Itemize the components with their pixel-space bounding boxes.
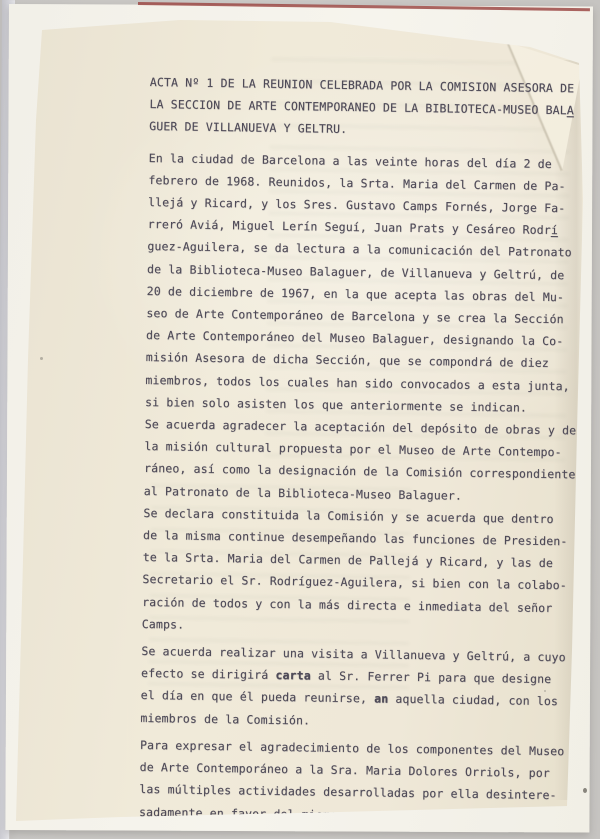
- document-heading: ACTA Nº 1 DE LA REUNION CELEBRADA POR LA…: [149, 71, 596, 144]
- scanned-document-scene: ACTA Nº 1 DE LA REUNION CELEBRADA POR LA…: [0, 0, 600, 839]
- paragraph: Se declara constituida la Comisión y se …: [142, 502, 590, 642]
- paragraph: Se acuerda agradecer la aceptación del d…: [144, 413, 591, 508]
- background-speck: [583, 788, 587, 793]
- paragraph: Se acuerda realizar una visita a Villanu…: [140, 640, 587, 735]
- paragraph: En la ciudad de Barcelona a las veinte h…: [145, 147, 595, 420]
- typed-sheet: ACTA Nº 1 DE LA REUNION CELEBRADA POR LA…: [0, 0, 600, 839]
- paper-speck: [40, 357, 43, 360]
- typed-text: ACTA Nº 1 DE LA REUNION CELEBRADA POR LA…: [139, 71, 596, 829]
